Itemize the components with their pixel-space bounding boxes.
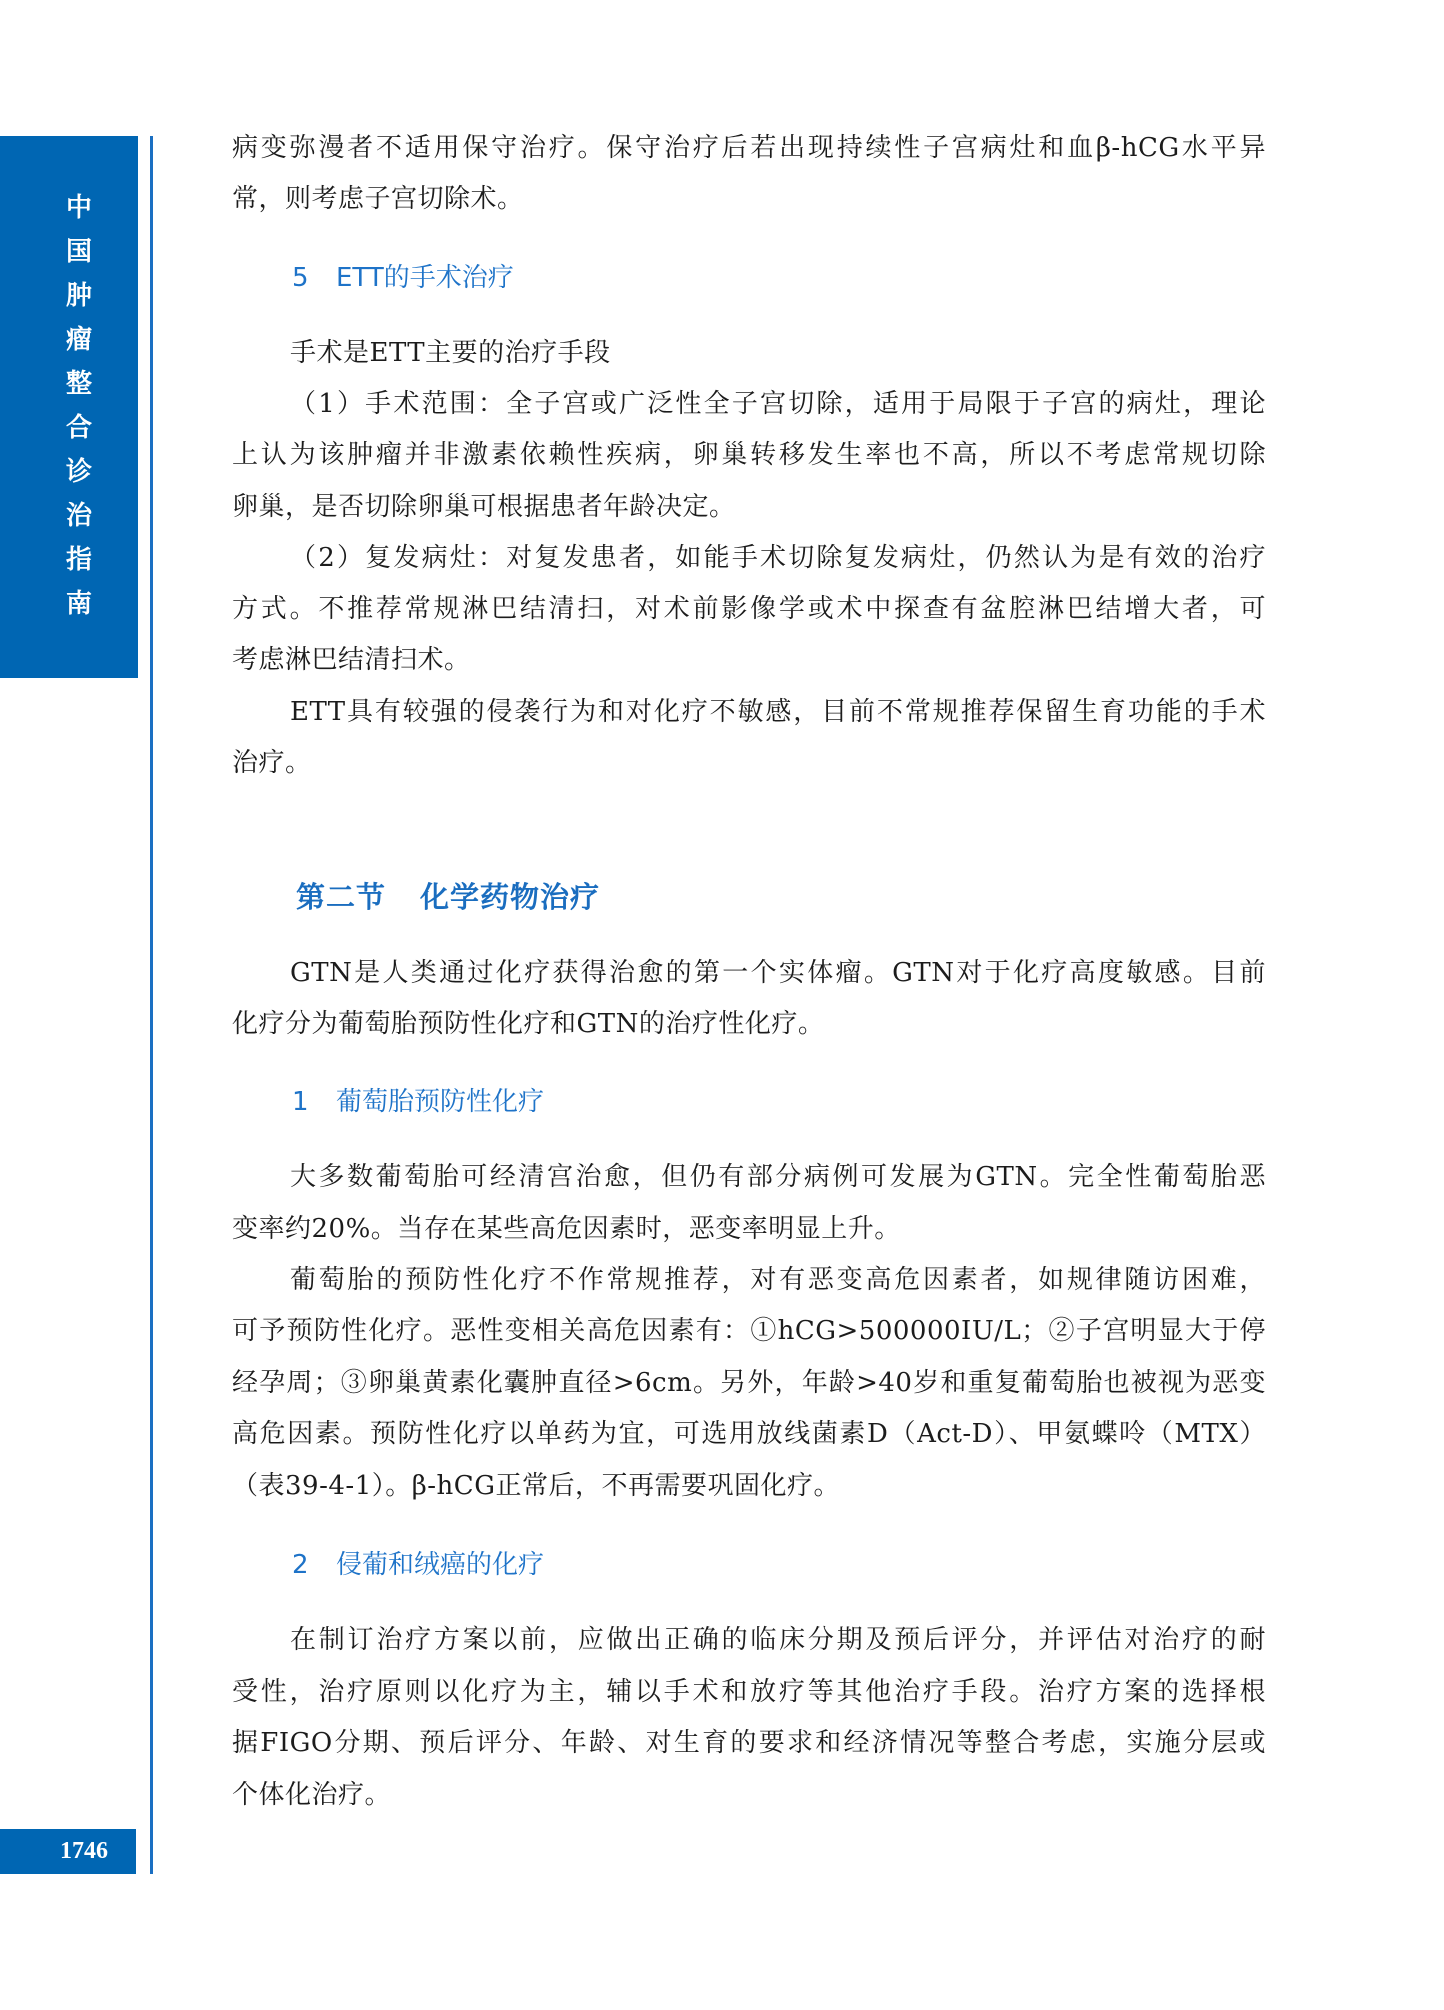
paragraph-line: 葡萄胎的预防性化疗不作常规推荐，对有恶变高危因素者，如规律随访困难， xyxy=(290,1263,1266,1297)
paragraph-line: 可予预防性化疗。恶性变相关高危因素有：①hCG>500000IU/L；②子宫明显… xyxy=(232,1314,1266,1348)
paragraph-line: 卵巢，是否切除卵巢可根据患者年龄决定。 xyxy=(232,490,1266,524)
book-title-char: 肿 xyxy=(66,274,92,318)
book-title-char: 指 xyxy=(66,538,92,582)
paragraph-line: 经孕周；③卵巢黄素化囊肿直径>6cm。另外，年龄>40岁和重复葡萄胎也被视为恶变 xyxy=(232,1366,1266,1400)
paragraph-line: GTN是人类通过化疗获得治愈的第一个实体瘤。GTN对于化疗高度敏感。目前 xyxy=(290,956,1266,990)
subheading-title: 侵葡和绒癌的化疗 xyxy=(336,1550,544,1580)
paragraph-line: 化疗分为葡萄胎预防性化疗和GTN的治疗性化疗。 xyxy=(232,1007,1266,1041)
paragraph-line: 上认为该肿瘤并非激素依赖性疾病，卵巢转移发生率也不高，所以不考虑常规切除 xyxy=(232,438,1266,472)
subheading-number: 2 xyxy=(292,1547,336,1583)
paragraph-line: 据FIGO分期、预后评分、年龄、对生育的要求和经济情况等整合考虑，实施分层或 xyxy=(232,1726,1266,1760)
section-number: 第二节 xyxy=(296,880,386,914)
page-number-box: 1746 xyxy=(0,1829,136,1874)
subheading-title: 葡萄胎预防性化疗 xyxy=(336,1087,544,1117)
paragraph-line: 受性，治疗原则以化疗为主，辅以手术和放疗等其他治疗手段。治疗方案的选择根 xyxy=(232,1675,1266,1709)
book-title-char: 南 xyxy=(66,582,92,626)
paragraph-line: 大多数葡萄胎可经清宫治愈，但仍有部分病例可发展为GTN。完全性葡萄胎恶 xyxy=(290,1160,1266,1194)
book-title-char: 瘤 xyxy=(66,318,92,362)
subheading-number: 5 xyxy=(292,260,336,296)
subheading-title: ETT的手术治疗 xyxy=(336,263,514,293)
paragraph-line: 个体化治疗。 xyxy=(232,1778,1266,1812)
book-title-sidebar: 中 国 肿 瘤 整 合 诊 治 指 南 xyxy=(0,136,138,678)
paragraph-line: 高危因素。预防性化疗以单药为宜，可选用放线菌素D（Act-D）、甲氨蝶呤（MTX… xyxy=(232,1417,1266,1451)
book-title-char: 国 xyxy=(66,230,92,274)
paragraph-line: 病变弥漫者不适用保守治疗。保守治疗后若出现持续性子宫病灶和血β-hCG水平异 xyxy=(232,131,1266,165)
paragraph-line: ETT具有较强的侵袭行为和对化疗不敏感，目前不常规推荐保留生育功能的手术 xyxy=(290,695,1266,729)
page-number: 1746 xyxy=(60,1829,108,1874)
paragraph-line: 手术是ETT主要的治疗手段 xyxy=(290,336,1266,370)
paragraph-line: 在制订治疗方案以前，应做出正确的临床分期及预后评分，并评估对治疗的耐 xyxy=(290,1623,1266,1657)
subheading-number: 1 xyxy=(292,1084,336,1120)
subheading-mole-prophylactic-chemo: 1葡萄胎预防性化疗 xyxy=(292,1084,544,1120)
paragraph-line: （表39-4-1）。β-hCG正常后，不再需要巩固化疗。 xyxy=(232,1469,1266,1503)
book-title-char: 中 xyxy=(66,186,92,230)
section-title: 第二节化学药物治疗 xyxy=(296,877,600,917)
paragraph-line: 考虑淋巴结清扫术。 xyxy=(232,643,1266,677)
subheading-invasive-mole-choriocarcinoma-chemo: 2侵葡和绒癌的化疗 xyxy=(292,1547,544,1583)
book-title-char: 诊 xyxy=(66,450,92,494)
paragraph-line: （1）手术范围：全子宫或广泛性全子宫切除，适用于局限于子宫的病灶，理论 xyxy=(290,387,1266,421)
book-title-char: 整 xyxy=(66,362,92,406)
paragraph-line: （2）复发病灶：对复发患者，如能手术切除复发病灶，仍然认为是有效的治疗 xyxy=(290,541,1266,575)
book-title: 中 国 肿 瘤 整 合 诊 治 指 南 xyxy=(62,186,96,626)
paragraph-line: 变率约20%。当存在某些高危因素时，恶变率明显上升。 xyxy=(232,1212,1266,1246)
paragraph-line: 治疗。 xyxy=(232,746,1266,780)
margin-rule xyxy=(150,136,153,1874)
book-title-char: 合 xyxy=(66,406,92,450)
subheading-ett-surgery: 5ETT的手术治疗 xyxy=(292,260,514,296)
paragraph-line: 方式。不推荐常规淋巴结清扫，对术前影像学或术中探查有盆腔淋巴结增大者，可 xyxy=(232,592,1266,626)
book-title-char: 治 xyxy=(66,494,92,538)
paragraph-line: 常，则考虑子宫切除术。 xyxy=(232,182,1266,216)
section-heading: 化学药物治疗 xyxy=(420,880,600,914)
